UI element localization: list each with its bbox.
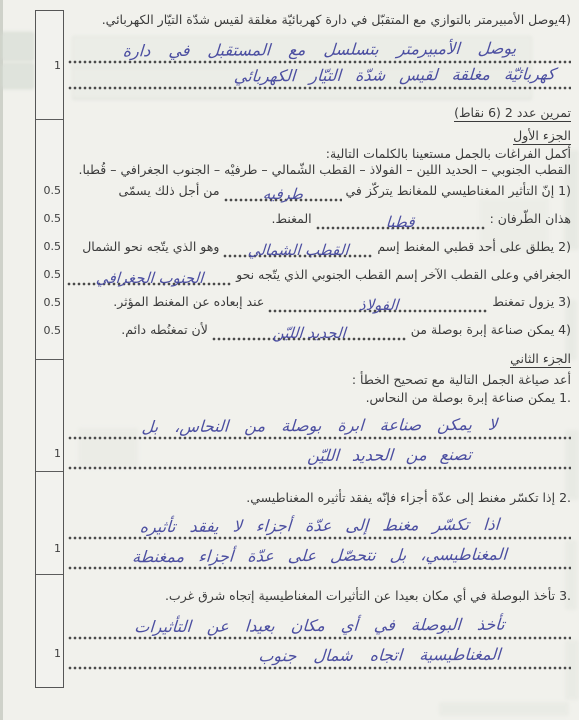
- answer-line: يوصل الأمبيرمتر بتسلسل مع المستقبل في دا…: [68, 38, 571, 64]
- fill-blank: القطب الشمالي: [223, 243, 373, 258]
- statement-3: 3. تأخذ البوصلة في أي مكان بعيدا عن التأ…: [68, 588, 571, 603]
- statement-2: 2. إذا تكسّر مغنط إلى عدّة أجزاء فإنّه ي…: [68, 490, 571, 505]
- answer-line: تأخذ البوصلة في أي مكان بعيدا عن التأثير…: [68, 614, 571, 640]
- mark-value: 1: [54, 447, 61, 461]
- answer-line: اذا تكسّر مغنط إلى عدّة أجزاء لا يفقد تأ…: [68, 514, 571, 540]
- answer-line: المغناطيسية اتجاه شمال جنوب: [68, 644, 571, 670]
- part-1-instruction: أكمل الفراغات بالجمل مستعينا بالكلمات ال…: [68, 146, 571, 161]
- handwritten-answer: طرفيه: [262, 187, 303, 202]
- fill-blank: طرفيه: [224, 187, 342, 202]
- marks-cell-divider: [36, 359, 63, 360]
- mark-value: 0.5: [44, 240, 62, 254]
- item-number: 1): [558, 183, 571, 198]
- handwritten-answer: اذا تكسّر مغنط إلى عدّة أجزاء لا يفقد تأ…: [67, 512, 571, 540]
- marks-column: 1 0.5 0.5 0.5 0.5 0.5 0.5 1 1 1: [35, 10, 64, 688]
- fill-blank-item: هذان الطّرفان : قطبا المغنط.: [68, 211, 571, 230]
- item-number: 3.: [559, 588, 571, 603]
- handwritten-answer: القطب الشمالي: [248, 243, 350, 258]
- handwritten-answer: الفولاذ: [358, 298, 398, 313]
- item-number: 2): [558, 239, 571, 254]
- mark-value: 0.5: [44, 324, 62, 338]
- fill-blank: الجنوب الجغرافي: [67, 271, 232, 286]
- part-1-heading: الجزء الأول: [68, 128, 571, 145]
- handwritten-answer: تأخذ البوصلة في أي مكان بعيدا عن التأثير…: [67, 612, 571, 640]
- exam-content: 4)يوصل الأمبيرمتر بالتوازي مع المتقبّل ف…: [68, 0, 571, 720]
- handwritten-answer: قطبا: [386, 215, 416, 230]
- part-2-heading: الجزء الثاني: [68, 351, 571, 368]
- fill-blank-item: الجغرافي وعلى القطب الآخر إسم القطب الجن…: [68, 267, 571, 286]
- handwritten-answer: تصنع من الحديد الليّن: [67, 442, 571, 470]
- fill-blank-item: 2) يطلق على أحد قطبي المغنط إسم القطب ال…: [68, 239, 571, 258]
- answer-line: تصنع من الحديد الليّن: [68, 444, 571, 470]
- handwritten-answer: الجنوب الجغرافي: [95, 271, 203, 286]
- marks-cell-divider: [36, 119, 63, 120]
- mark-value: 0.5: [44, 296, 62, 310]
- bleed-through-artifact: [1, 32, 34, 61]
- marks-cell-divider: [36, 574, 63, 575]
- bleed-through-artifact: [1, 63, 34, 89]
- mark-value: 0.5: [44, 212, 62, 226]
- answer-line: المغناطيسي، بل نتحصّل على عدّة أجزاء ممغ…: [68, 544, 571, 570]
- mark-value: 1: [54, 59, 61, 73]
- fill-blank: الحديد الليّن: [212, 326, 407, 341]
- scan-edge: [0, 0, 3, 720]
- word-bank: القطب الجنوبي – الحديد اللين – الفولاذ –…: [68, 162, 571, 177]
- fill-blank-item: 1) إنّ التأثير المغناطيسي للمغانط يتركّز…: [68, 183, 571, 202]
- handwritten-answer: كهربائيّة مغلقة لقيس شدّة التيّار الكهرب…: [67, 62, 571, 90]
- question-4-text: 4)يوصل الأمبيرمتر بالتوازي مع المتقبّل ف…: [68, 12, 571, 27]
- scanned-exam-page: 1 0.5 0.5 0.5 0.5 0.5 0.5 1 1 1 4)يوصل ا…: [0, 0, 579, 720]
- mark-value: 0.5: [44, 268, 62, 282]
- item-number: 1.: [559, 390, 571, 405]
- marks-cell-divider: [36, 471, 63, 472]
- exercise-2-heading: تمرين عدد 2 (6 نقاط): [68, 105, 571, 122]
- fill-blank: قطبا: [316, 215, 486, 230]
- statement-1: 1. يمكن صناعة إبرة بوصلة من النحاس.: [68, 390, 571, 405]
- handwritten-answer: لا يمكن صناعة ابرة بوصلة من النحاس، بل: [67, 412, 571, 440]
- handwritten-answer: المغناطيسية اتجاه شمال جنوب: [67, 642, 571, 670]
- mark-value: 1: [54, 542, 61, 556]
- fill-blank: الفولاذ: [268, 298, 488, 313]
- handwritten-answer: الحديد الليّن: [272, 326, 346, 341]
- item-number: 3): [558, 294, 571, 309]
- item-number: 2.: [559, 490, 571, 505]
- mark-value: 1: [54, 647, 61, 661]
- handwritten-answer: المغناطيسي، بل نتحصّل على عدّة أجزاء ممغ…: [67, 542, 571, 570]
- fill-blank-item: 4) يمكن صناعة إبرة بوصلة من الحديد الليّ…: [68, 322, 571, 341]
- question-number: 4): [558, 12, 571, 27]
- item-number: 4): [558, 322, 571, 337]
- fill-blank-item: 3) يزول تمغنط الفولاذ عند إبعاده عن المغ…: [68, 294, 571, 313]
- handwritten-answer: يوصل الأمبيرمتر بتسلسل مع المستقبل في دا…: [67, 36, 571, 64]
- answer-line: لا يمكن صناعة ابرة بوصلة من النحاس، بل: [68, 414, 571, 440]
- answer-line: كهربائيّة مغلقة لقيس شدّة التيّار الكهرب…: [68, 64, 571, 90]
- mark-value: 0.5: [44, 184, 62, 198]
- part-2-instruction: أعد صياغة الجمل التالية مع تصحيح الخطأ :: [68, 372, 571, 387]
